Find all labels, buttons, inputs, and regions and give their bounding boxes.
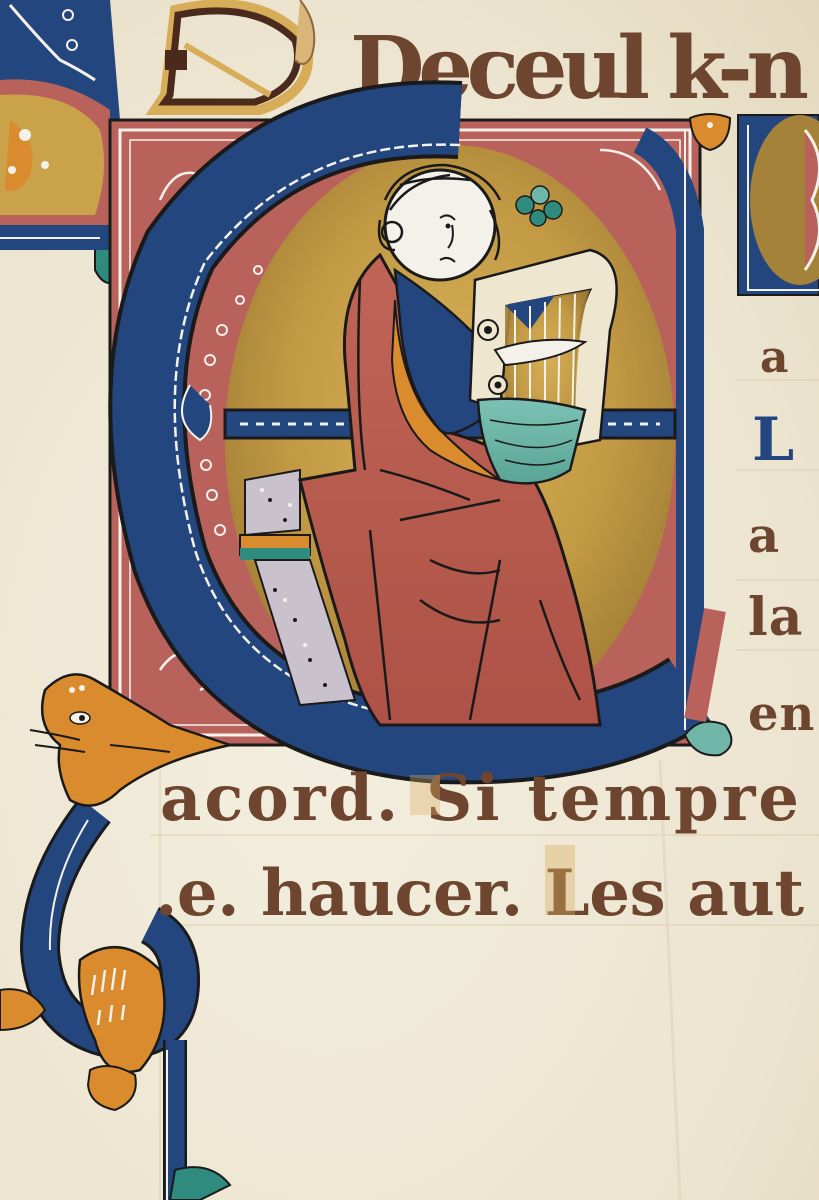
bottom-teal-leaf xyxy=(170,1167,230,1200)
top-decorated-d xyxy=(155,0,314,110)
text-block: acord. Si tempre .e. haucer. Les aut xyxy=(155,761,805,931)
dragon-drollery xyxy=(0,674,230,1200)
manuscript-page: Deceul k-n xyxy=(0,0,819,1200)
illumination-artwork: Deceul k-n xyxy=(0,0,819,1200)
text-line-2: .e. haucer. Les aut xyxy=(155,856,805,931)
svg-text:L: L xyxy=(752,405,794,475)
svg-text:la: la xyxy=(748,587,803,648)
top-left-ornament xyxy=(0,0,121,283)
gold-wash-s xyxy=(410,775,440,815)
text-line-1: acord. Si tempre xyxy=(160,761,800,836)
right-margin-text: a L a la en xyxy=(748,332,815,742)
svg-text:a: a xyxy=(760,332,790,383)
svg-text:en: en xyxy=(748,686,815,742)
svg-text:a: a xyxy=(748,508,780,564)
gold-wash-l xyxy=(545,845,575,915)
